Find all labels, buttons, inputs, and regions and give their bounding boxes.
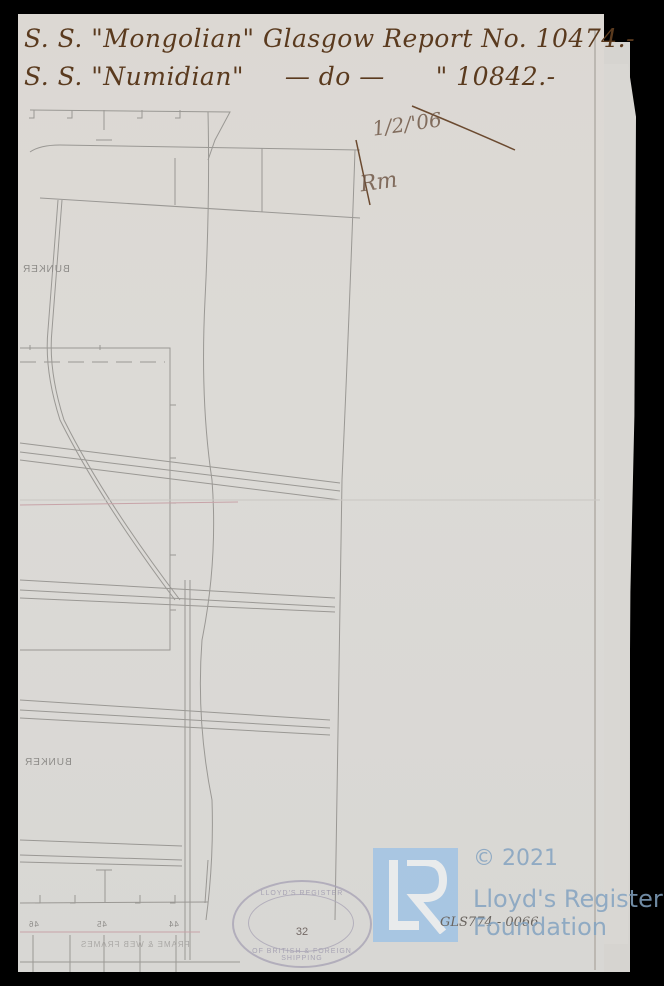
initials-annotation: Rm bbox=[358, 168, 399, 198]
ditto-mark: — do — bbox=[285, 62, 385, 91]
bottom-strip-label: FRAME & WEB FRAMES bbox=[80, 940, 190, 949]
frame-number-2: 45 bbox=[96, 920, 107, 929]
watermark-org-line-2: Foundation bbox=[473, 913, 663, 941]
ship-plan-drawing bbox=[0, 0, 664, 986]
bunker-label-upper: BUNKER bbox=[22, 264, 70, 275]
stamp-inner-ring bbox=[248, 894, 354, 952]
frame-number-1: 46 bbox=[28, 920, 39, 929]
report-number-10842: " 10842.- bbox=[436, 62, 556, 91]
ship-name-numidian: S. S. "Numidian" bbox=[24, 62, 244, 91]
stamp-top-text: LLOYD'S REGISTER bbox=[234, 890, 370, 897]
watermark-org-line-1: Lloyd's Register bbox=[473, 885, 663, 913]
watermark-copyright: © 2021 bbox=[473, 846, 558, 871]
bunker-label-lower: BUNKER bbox=[24, 757, 72, 768]
report-number-10474: Glasgow Report No. 10474.- bbox=[263, 24, 635, 53]
watermark-organization: Lloyd's Register Foundation bbox=[473, 885, 663, 941]
stamp-number: 32 bbox=[234, 926, 370, 938]
heading-line-1: S. S. "Mongolian" Glasgow Report No. 104… bbox=[24, 24, 635, 53]
stamp-bottom-text: OF BRITISH & FOREIGN SHIPPING bbox=[234, 948, 370, 962]
frame-number-3: 44 bbox=[168, 920, 179, 929]
ship-name-mongolian: S. S. "Mongolian" bbox=[24, 24, 255, 53]
lloyds-stamp: LLOYD'S REGISTER OF BRITISH & FOREIGN SH… bbox=[232, 880, 372, 968]
heading-line-2: S. S. "Numidian" — do — " 10842.- bbox=[24, 62, 556, 91]
